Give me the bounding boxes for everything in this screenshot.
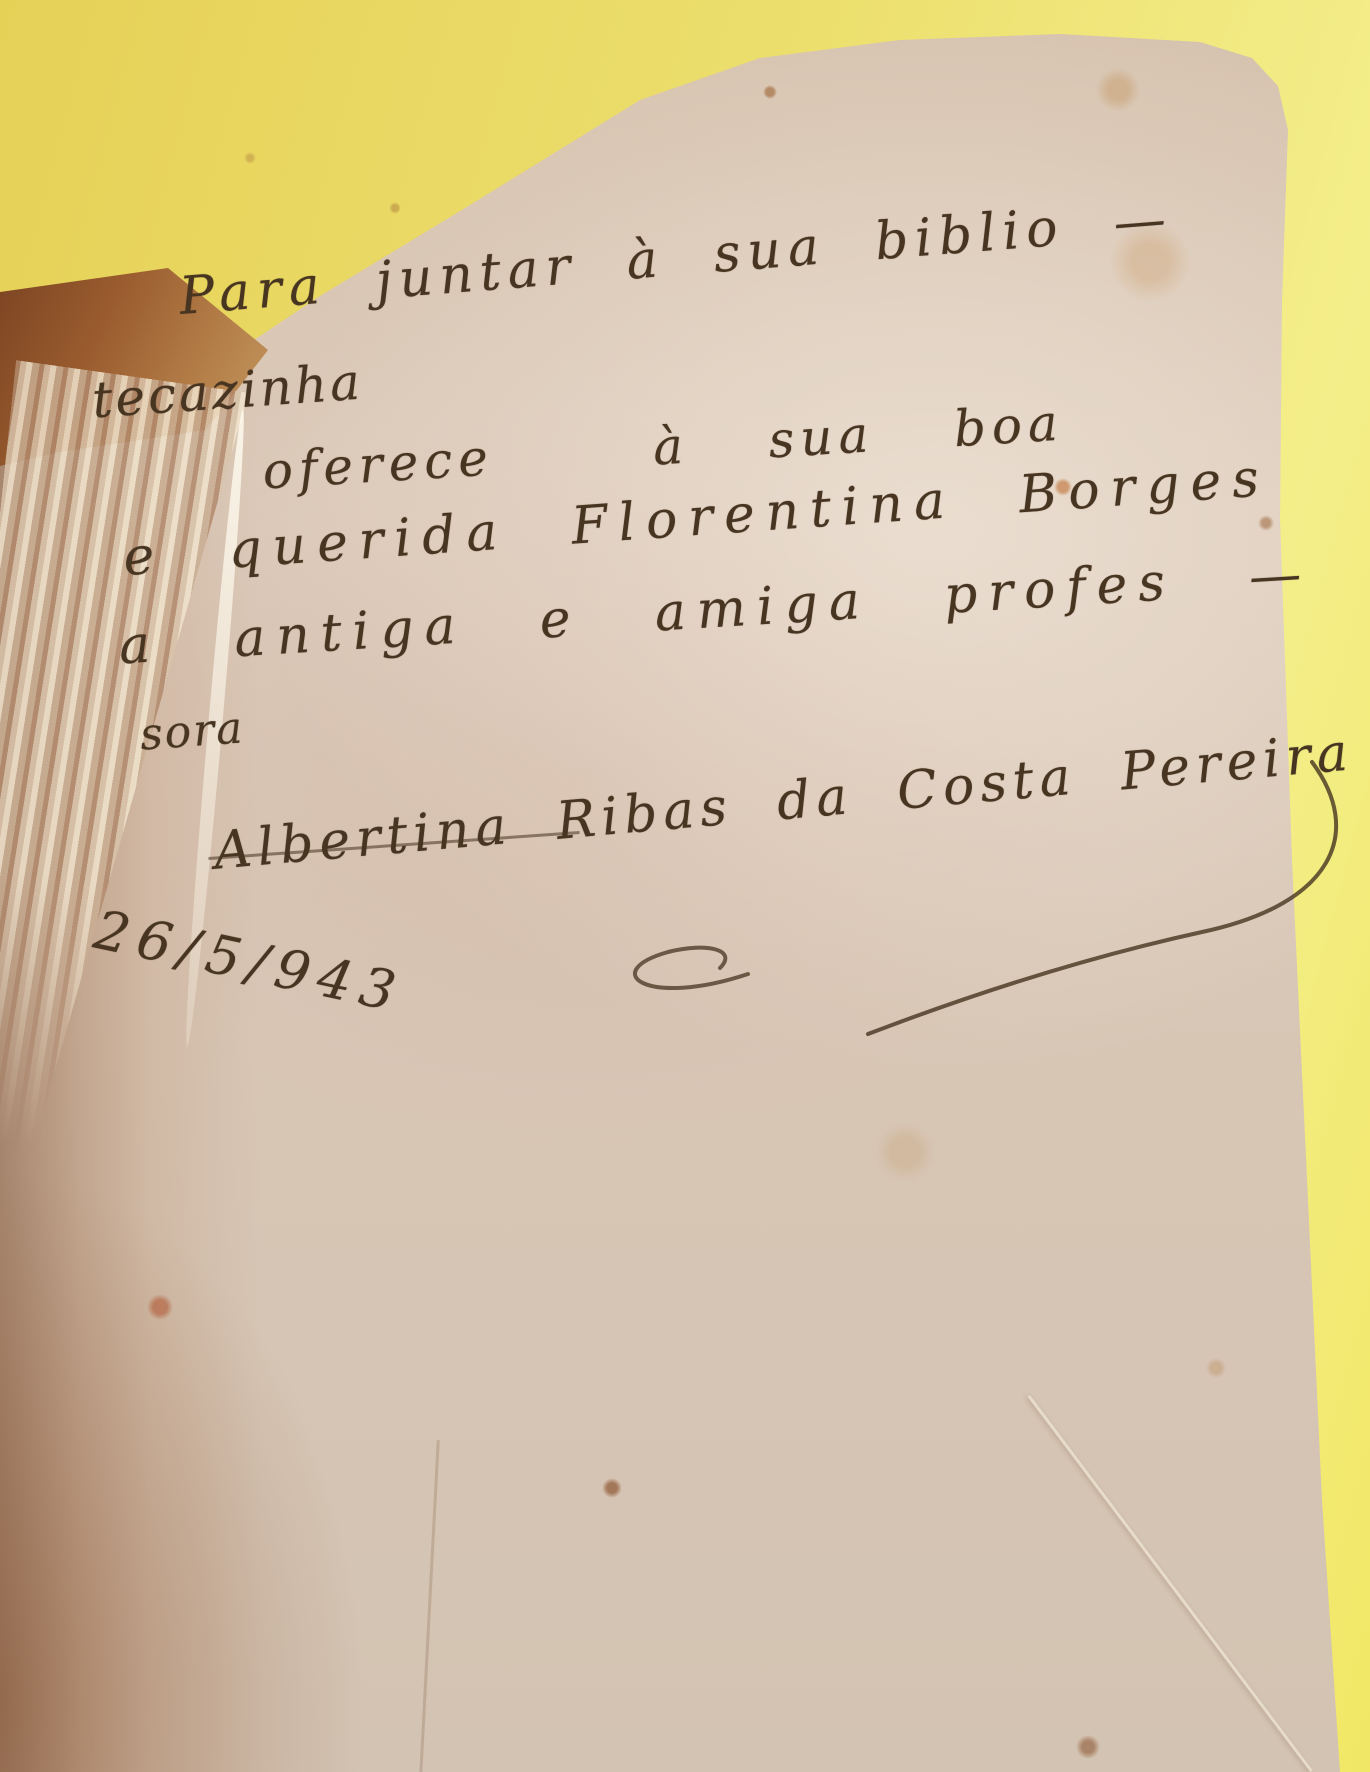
signature-flourish [0, 0, 1370, 1772]
photo-of-book-flyleaf: Para juntar à sua biblio — tecazinha ofe… [0, 0, 1370, 1772]
